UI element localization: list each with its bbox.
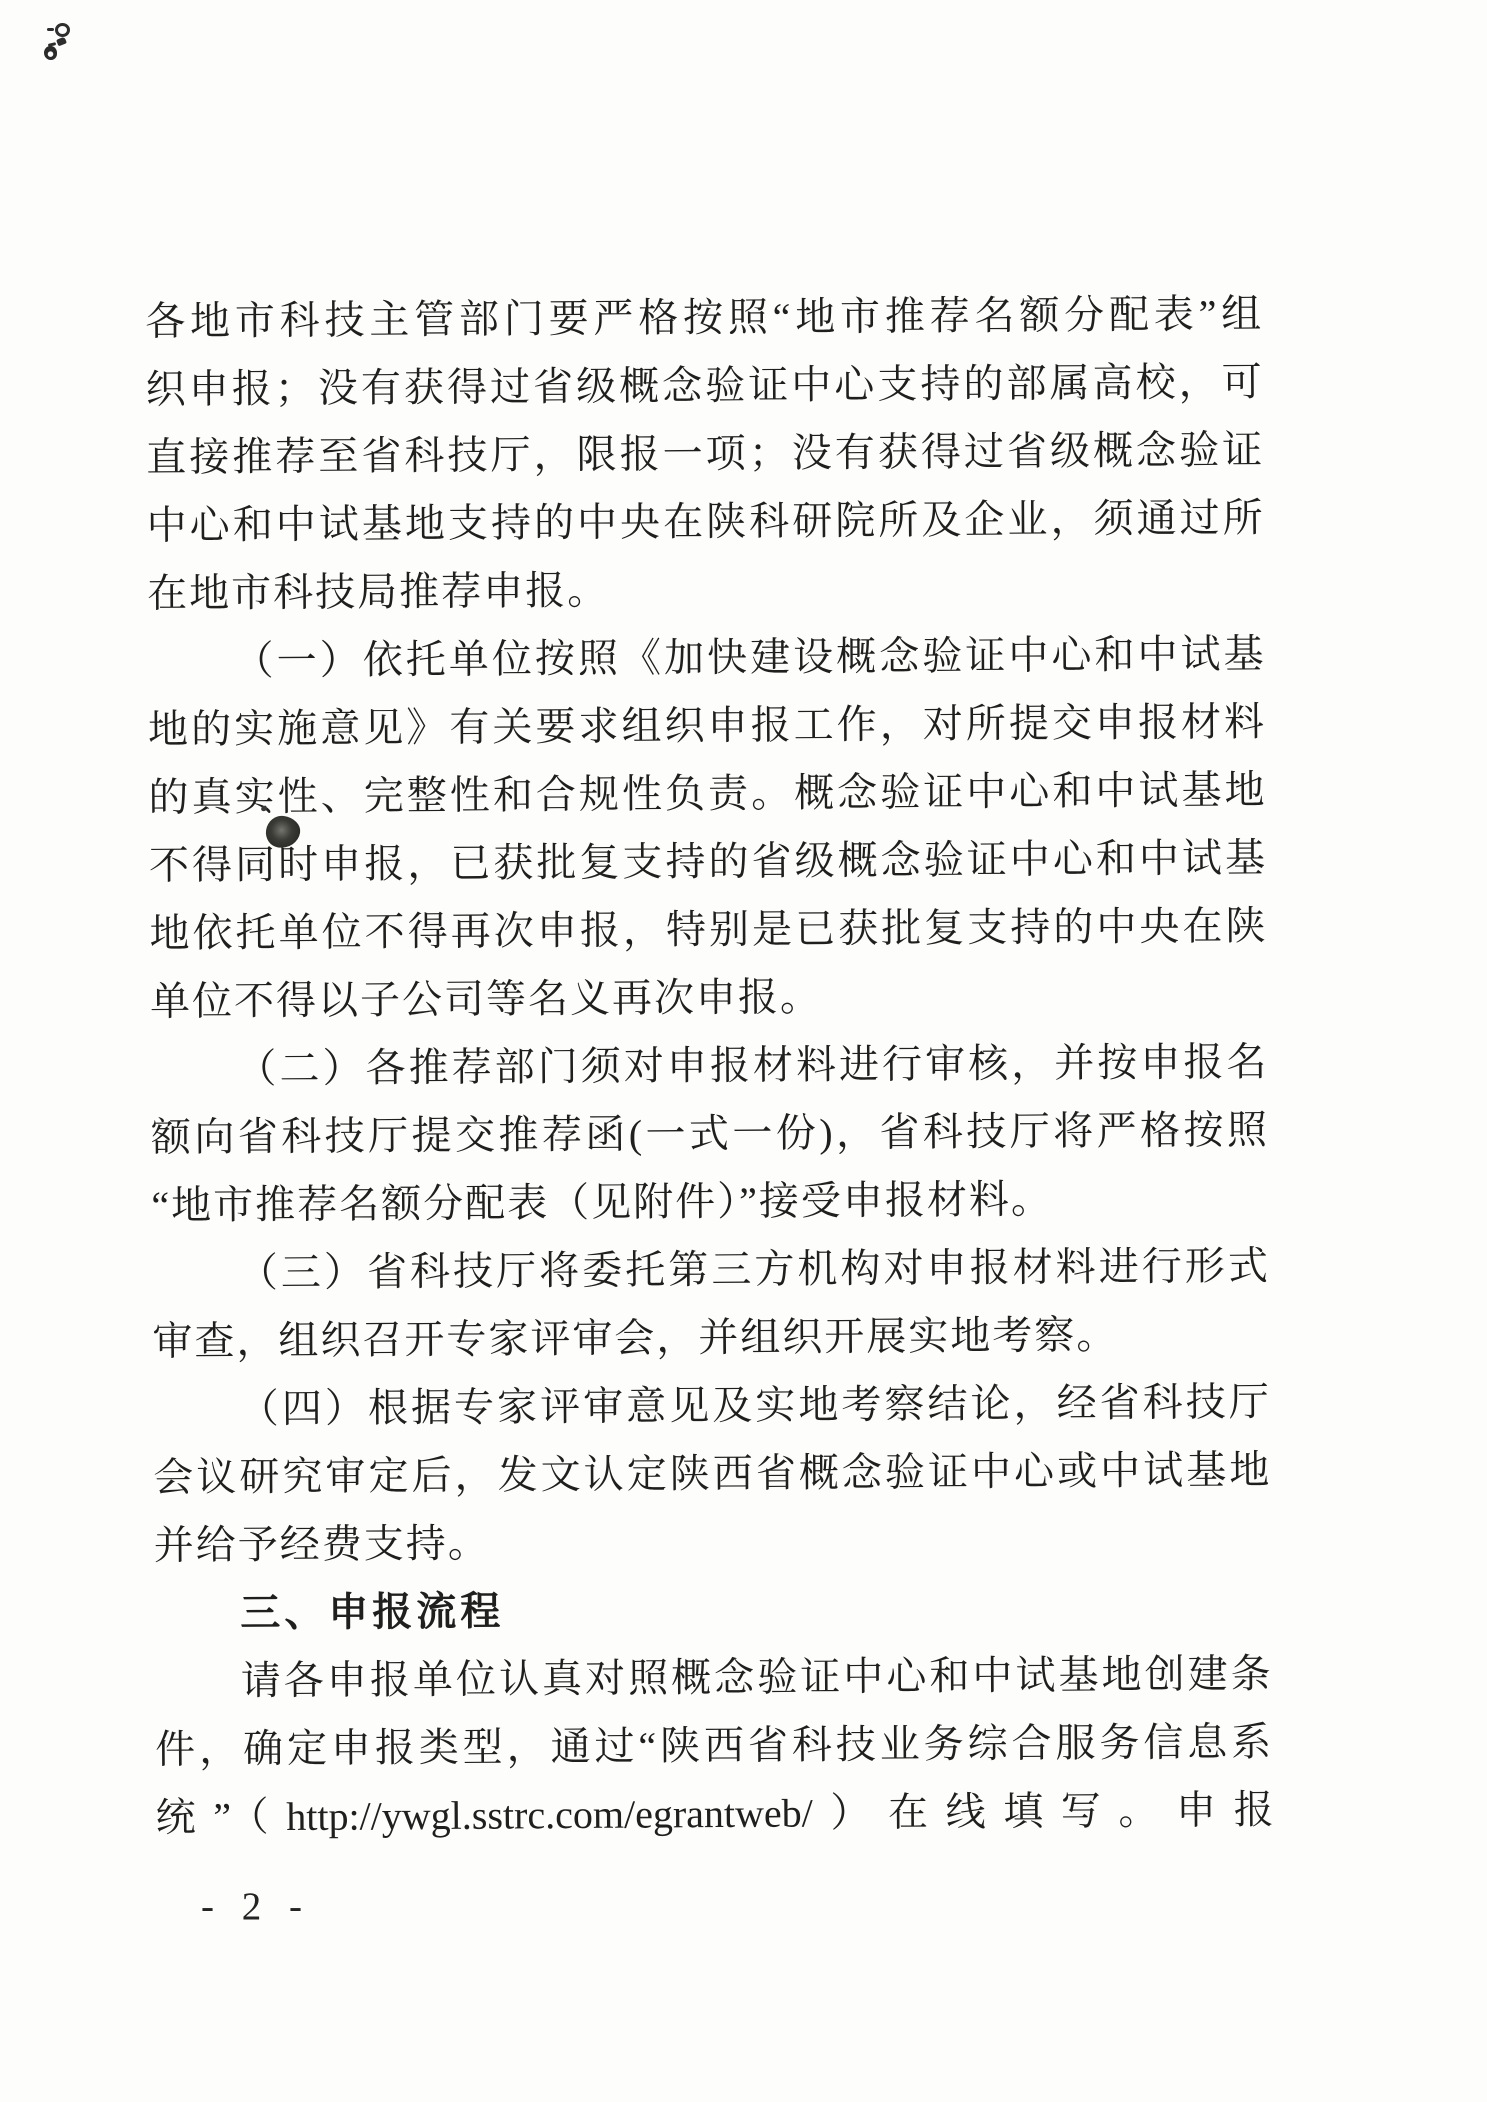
scan-speck [56, 37, 67, 47]
text-line: （四）根据专家评审意见及实地考察结论，经省科技厅 [153, 1368, 1271, 1444]
text-line: （三）省科技厅将委托第三方机构对申报材料进行形式 [152, 1232, 1270, 1308]
text-line: 各地市科技主管部门要严格按照“地市推荐名额分配表”组 [145, 280, 1263, 356]
text-line: “地市推荐名额分配表（见附件）”接受申报材料。 [151, 1164, 1269, 1240]
text-line: 地依托单位不得再次申报，特别是已获批复支持的中央在陕 [149, 892, 1267, 968]
text-line: 中心和中试基地支持的中央在陕科研院所及企业，须通过所 [146, 484, 1264, 560]
scan-speck [47, 28, 54, 31]
text-line: 在地市科技局推荐申报。 [147, 552, 1265, 628]
document-text-block: 各地市科技主管部门要严格按照“地市推荐名额分配表”组织申报；没有获得过省级概念验… [145, 280, 1274, 1852]
scan-speck [44, 46, 57, 60]
scan-speck [55, 23, 70, 37]
document-page: 各地市科技主管部门要严格按照“地市推荐名额分配表”组织申报；没有获得过省级概念验… [0, 0, 1487, 2102]
text-line: 并给予经费支持。 [154, 1504, 1272, 1580]
text-line: 地的实施意见》有关要求组织申报工作，对所提交申报材料 [148, 688, 1266, 764]
text-line: 单位不得以子公司等名义再次申报。 [150, 960, 1268, 1036]
text-line: 审查，组织召开专家评审会，并组织开展实地考察。 [152, 1300, 1270, 1376]
text-line: 件，确定申报类型，通过“陕西省科技业务综合服务信息系 [155, 1708, 1273, 1784]
text-line: （二）各推荐部门须对申报材料进行审核，并按申报名 [150, 1028, 1268, 1104]
text-line: （一）依托单位按照《加快建设概念验证中心和中试基 [147, 620, 1265, 696]
text-line: 统”（http://ywgl.sstrc.com/egrantweb/）在线填写… [155, 1776, 1273, 1852]
text-line: 三、申报流程 [154, 1572, 1272, 1648]
text-line: 请各申报单位认真对照概念验证中心和中试基地创建条 [154, 1640, 1272, 1716]
page-number: - 2 - [201, 1884, 311, 1929]
text-line: 的真实性、完整性和合规性负责。概念验证中心和中试基地 [148, 756, 1266, 832]
text-line: 会议研究审定后，发文认定陕西省概念验证中心或中试基地 [153, 1436, 1271, 1512]
text-line: 不得同时申报，已获批复支持的省级概念验证中心和中试基 [149, 824, 1267, 900]
text-line: 直接推荐至省科技厅，限报一项；没有获得过省级概念验证 [146, 416, 1264, 492]
text-line: 额向省科技厅提交推荐函(一式一份)，省科技厅将严格按照 [151, 1096, 1269, 1172]
text-line: 织申报；没有获得过省级概念验证中心支持的部属高校，可 [145, 348, 1263, 424]
